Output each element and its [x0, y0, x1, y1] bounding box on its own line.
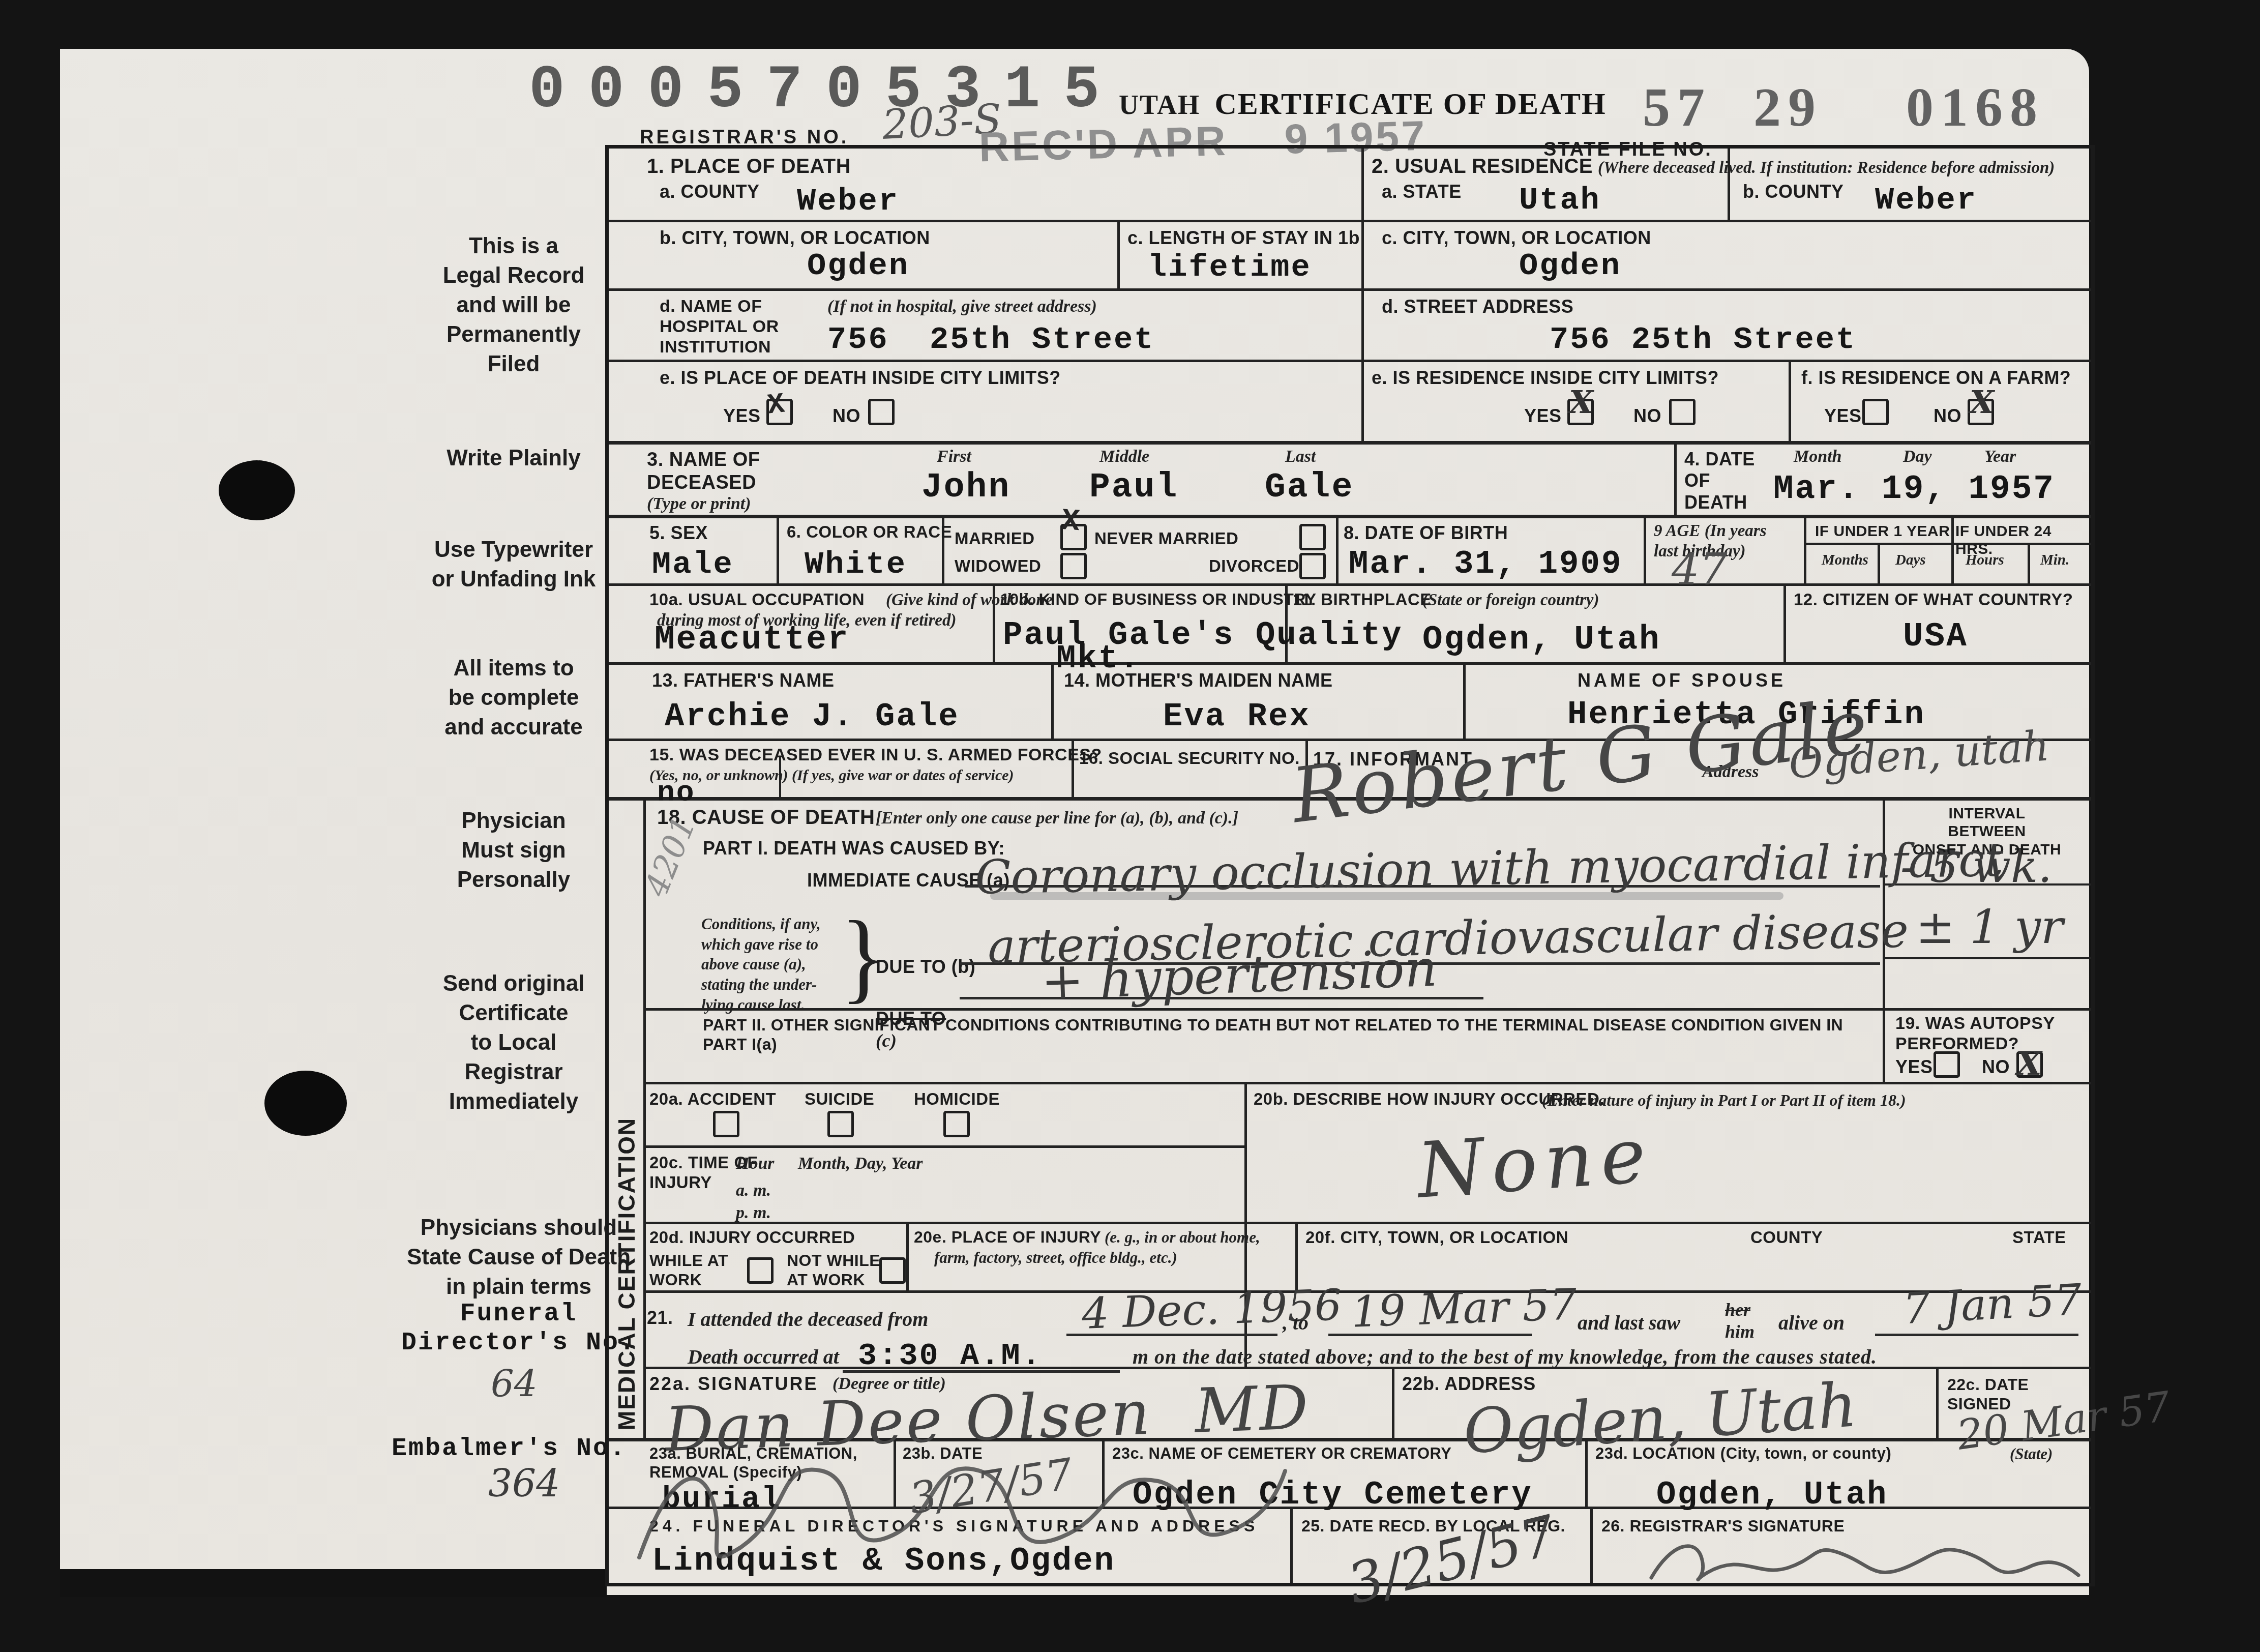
- street-address-value: 756 25th Street: [1550, 321, 1856, 358]
- date-of-death-value: Mar. 19, 1957: [1773, 470, 2055, 508]
- accident-checkbox: [713, 1111, 739, 1137]
- hospital-hint: (If not in hospital, give street address…: [827, 296, 1097, 317]
- last-name-header: Last: [1285, 446, 1316, 467]
- serial-number-stamp: 0005705315: [529, 57, 1123, 125]
- hospital-value: 756 25th Street: [827, 321, 1154, 358]
- him-label: him: [1725, 1321, 1755, 1343]
- accident-label: 20a. ACCIDENT: [649, 1089, 776, 1109]
- not-while-at-work-label: NOT WHILE AT WORK: [787, 1251, 880, 1290]
- date-of-birth-label: 8. DATE OF BIRTH: [1344, 522, 1508, 544]
- cemetery-location-value: Ogden, Utah: [1656, 1477, 1888, 1514]
- residence-state-value: Utah: [1519, 182, 1601, 218]
- while-at-work-label: WHILE AT WORK: [649, 1251, 728, 1290]
- fathers-name-label: 13. FATHER'S NAME: [652, 670, 834, 691]
- residence-farm-yes: YES: [1824, 405, 1862, 427]
- funeral-director-signature-scribble: [624, 1440, 1300, 1583]
- residence-county-value: Weber: [1875, 182, 1977, 218]
- death-occurred-label: Death occurred at: [688, 1345, 839, 1370]
- form-title-state: UTAH: [1119, 90, 1200, 120]
- injury-mdy-header: Month, Day, Year: [798, 1153, 923, 1174]
- place-of-death-title: 1. PLACE OF DEATH: [647, 155, 851, 179]
- hole-punch-top: [219, 460, 295, 520]
- business-value: Paul Gale's Quality: [1003, 617, 1403, 654]
- last-saw-label: and last saw: [1578, 1311, 1680, 1336]
- months-header: Months: [1822, 551, 1868, 569]
- usual-residence-title: 2. USUAL RESIDENCE: [1372, 155, 1593, 179]
- married-label: MARRIED: [955, 529, 1035, 549]
- residence-city-limits-yes: YES: [1524, 405, 1562, 427]
- name-of-spouse-label: NAME OF SPOUSE: [1578, 670, 1786, 691]
- cause-of-death-hint: [Enter only one cause per line for (a), …: [876, 808, 1238, 829]
- residence-county-label: b. COUNTY: [1743, 181, 1844, 202]
- armed-forces-hint-2: (If yes, give war or dates of service): [792, 766, 1014, 785]
- autopsy-no: NO: [1982, 1056, 2010, 1078]
- cemetery-location-label: 23d. LOCATION (City, town, or county): [1595, 1444, 1891, 1463]
- cemetery-location-state-hint: (State): [2010, 1444, 2053, 1464]
- scan-shadow-bottom-left: [60, 1569, 607, 1597]
- city-label: b. CITY, TOWN, OR LOCATION: [660, 227, 930, 249]
- attended-to-value: 19 Mar 57: [1351, 1283, 1578, 1333]
- embalmers-no-label: Embalmer's No.: [392, 1434, 627, 1463]
- form-title: UTAH CERTIFICATE OF DEATH: [1119, 86, 1607, 122]
- injury-am: a. m.: [736, 1180, 771, 1201]
- certificate-form: 1. PLACE OF DEATH a. COUNTY Weber b. CIT…: [605, 145, 2095, 1586]
- place-of-injury-hint-1: (e. g., in or about home,: [1105, 1228, 1260, 1247]
- cause-b-interval-value: ± 1 yr: [1916, 904, 2063, 951]
- injury-city-label: 20f. CITY, TOWN, OR LOCATION: [1305, 1228, 1568, 1248]
- medical-certification-vertical-label: MEDICAL CERTIFICATION: [613, 850, 640, 1430]
- injury-none-handwriting: None: [1415, 1117, 1655, 1209]
- first-name-value: John: [921, 468, 1010, 507]
- if-under-1-year-label: IF UNDER 1 YEAR: [1815, 522, 1950, 540]
- sex-label: 5. SEX: [649, 522, 708, 544]
- suicide-label: SUICIDE: [805, 1089, 874, 1109]
- part2-label: PART II. OTHER SIGNIFICANT CONDITIONS CO…: [703, 1016, 1867, 1054]
- color-race-label: 6. COLOR OR RACE: [787, 522, 952, 542]
- county-value: Weber: [797, 183, 899, 219]
- residence-state-label: a. STATE: [1382, 181, 1462, 202]
- usual-residence-hint: (Where deceased lived. If institution: R…: [1598, 158, 2055, 178]
- registrar-signature-scribble: [1641, 1532, 2089, 1588]
- residence-city-value: Ogden: [1519, 248, 1621, 284]
- last-name-value: Gale: [1265, 468, 1354, 507]
- residence-city-label: c. CITY, TOWN, OR LOCATION: [1382, 227, 1651, 249]
- residence-city-limits-label: e. IS RESIDENCE INSIDE CITY LIMITS?: [1372, 367, 1719, 389]
- autopsy-yes: YES: [1895, 1056, 1933, 1078]
- last-alive-value: 7 Jan 57: [1902, 1278, 2083, 1330]
- death-time-value: 3:30 A.M.: [858, 1338, 1042, 1374]
- fathers-name-value: Archie J. Gale: [665, 699, 960, 735]
- residence-farm-yes-checkbox: [1862, 399, 1889, 425]
- ssn-label: 16. SOCIAL SECURITY NO.: [1079, 749, 1300, 769]
- homicide-label: HOMICIDE: [914, 1089, 1000, 1109]
- death-city-limits-yes: YES: [723, 405, 761, 427]
- armed-forces-label: 15. WAS DECEASED EVER IN U. S. ARMED FOR…: [649, 745, 1102, 765]
- widowed-checkbox: [1060, 553, 1087, 579]
- residence-farm-label: f. IS RESIDENCE ON A FARM?: [1801, 367, 2071, 389]
- mothers-maiden-name-label: 14. MOTHER'S MAIDEN NAME: [1064, 670, 1333, 691]
- days-header: Days: [1895, 551, 1926, 569]
- residence-farm-no-mark: X: [1970, 383, 1994, 421]
- date-of-death-label: 4. DATE OF DEATH: [1684, 449, 1755, 513]
- her-struck: her: [1725, 1299, 1750, 1321]
- cause-a-handwriting: Coronary occlusion with myocardial infar…: [974, 836, 2004, 901]
- color-race-value: White: [805, 546, 907, 582]
- date-of-birth-value: Mar. 31, 1909: [1349, 546, 1622, 583]
- cause-c-handwriting: + hypertension: [1040, 942, 1438, 1007]
- age-value: 47: [1672, 548, 1727, 592]
- scanned-death-certificate: 0005705315 REGISTRAR'S NO. 203-S REC'D A…: [0, 0, 2260, 1652]
- form-title-main: CERTIFICATE OF DEATH: [1214, 87, 1606, 121]
- divorced-checkbox: [1299, 553, 1326, 579]
- homicide-checkbox: [943, 1111, 970, 1137]
- married-mark: X: [1060, 504, 1081, 540]
- death-month-header: Month: [1794, 446, 1842, 467]
- injury-hour-header: Hour: [736, 1153, 775, 1174]
- hole-punch-bottom: [264, 1071, 347, 1136]
- place-of-injury-label: 20e. PLACE OF INJURY: [914, 1228, 1101, 1247]
- signature-address-label: 22b. ADDRESS: [1402, 1373, 1536, 1395]
- death-city-limits-no-checkbox: [868, 399, 895, 425]
- occupation-value: Meacutter: [655, 621, 849, 659]
- first-name-header: First: [937, 446, 971, 467]
- birthplace-label: 11. BIRTHPLACE: [1293, 590, 1432, 610]
- injury-county-label: COUNTY: [1750, 1228, 1823, 1248]
- not-while-at-work-checkbox: [879, 1257, 906, 1284]
- injury-occurred-label: 20d. INJURY OCCURRED: [649, 1228, 855, 1248]
- city-value: Ogden: [807, 248, 909, 284]
- hospital-label: d. NAME OF HOSPITAL OR INSTITUTION: [660, 296, 779, 357]
- armed-forces-value: no: [657, 777, 696, 810]
- due-to-b-label: DUE TO (b): [876, 956, 975, 978]
- middle-name-header: Middle: [1099, 446, 1149, 467]
- death-city-limits-no: NO: [832, 405, 860, 427]
- name-of-deceased-hint: (Type or print): [647, 493, 751, 514]
- place-of-injury-hint-2: farm, factory, street, office bldg., etc…: [934, 1248, 1177, 1267]
- death-year-header: Year: [1984, 446, 2016, 467]
- embalmers-no-value: 364: [488, 1465, 560, 1502]
- funeral-directors-no-value: 64: [491, 1366, 538, 1402]
- death-city-limits-label: e. IS PLACE OF DEATH INSIDE CITY LIMITS?: [660, 367, 1061, 389]
- state-file-no-stamp: 57 29 0168: [1643, 76, 2044, 139]
- middle-name-value: Paul: [1089, 468, 1178, 507]
- describe-injury-hint: (Enter nature of injury in Part I or Par…: [1542, 1090, 1906, 1110]
- sex-value: Male: [652, 546, 734, 582]
- residence-city-limits-yes-mark: X: [1569, 383, 1593, 421]
- residence-farm-no: NO: [1934, 405, 1961, 427]
- attended-no: 21.: [647, 1307, 673, 1329]
- suicide-checkbox: [827, 1111, 854, 1137]
- mothers-maiden-name-value: Eva Rex: [1163, 699, 1311, 735]
- injury-state-label: STATE: [2012, 1228, 2066, 1248]
- pencil-number: 4201: [640, 812, 701, 901]
- residence-city-limits-no-checkbox: [1669, 399, 1696, 425]
- min-header: Min.: [2040, 551, 2069, 569]
- death-day-header: Day: [1903, 446, 1932, 467]
- never-married-label: NEVER MARRIED: [1094, 529, 1238, 549]
- autopsy-no-mark: X: [2016, 1045, 2042, 1083]
- birthplace-value: Ogden, Utah: [1422, 621, 1661, 659]
- citizen-label: 12. CITIZEN OF WHAT COUNTRY?: [1794, 590, 2073, 610]
- business-label: 10b. KIND OF BUSINESS OR INDUSTRY: [1000, 590, 1317, 609]
- injury-pm: p. m.: [736, 1202, 771, 1223]
- alive-on-label: alive on: [1778, 1311, 1845, 1336]
- death-city-limits-yes-mark: X: [766, 388, 786, 422]
- length-of-stay-label: c. LENGTH OF STAY IN 1b: [1127, 227, 1360, 249]
- attended-post: m on the date stated above; and to the b…: [1133, 1345, 1877, 1370]
- hours-header: Hours: [1966, 551, 2004, 569]
- never-married-checkbox: [1299, 524, 1326, 550]
- birthplace-hint: (State or foreign country): [1422, 590, 1599, 610]
- name-of-deceased-label: 3. NAME OF DECEASED: [647, 449, 760, 494]
- divorced-label: DIVORCED: [1209, 556, 1299, 576]
- residence-city-limits-no: NO: [1633, 405, 1661, 427]
- part1-label: PART I. DEATH WAS CAUSED BY:: [703, 838, 1005, 859]
- county-label: a. COUNTY: [660, 181, 760, 202]
- length-of-stay-value: lifetime: [1148, 249, 1312, 285]
- conditions-note: Conditions, if any, which gave rise to a…: [701, 914, 821, 1015]
- attended-to-label: , to: [1283, 1311, 1309, 1336]
- autopsy-yes-checkbox: [1934, 1051, 1960, 1078]
- street-address-label: d. STREET ADDRESS: [1382, 296, 1573, 317]
- citizen-value: USA: [1903, 617, 1968, 656]
- while-at-work-checkbox: [747, 1257, 774, 1284]
- widowed-label: WIDOWED: [955, 556, 1041, 576]
- attended-pre: I attended the deceased from: [688, 1307, 928, 1332]
